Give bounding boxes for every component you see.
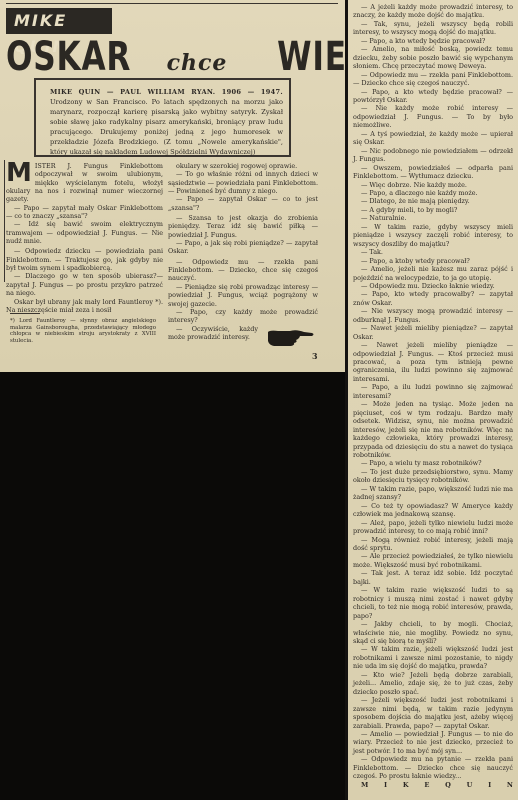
paragraph: — Nawet jeżeli mieliby pieniądze — odpow… [353,341,513,383]
paragraph: — Papo, a jak się robi pieniądze? — zapy… [168,239,318,256]
paragraph: — To jest duże przedsiębiorstwo, synu. M… [353,468,513,485]
paragraph: — Amelio, jeżeli nie każesz mu zaraz pój… [353,265,513,282]
paragraph: — Papo, a ktoby wtedy pracował? [353,257,513,265]
paragraph: — Amelio — powiedział J. Fungus — to nie… [353,730,513,755]
paragraph: — Papo — zapytał Oskar — co to jest „sza… [168,195,318,212]
paragraph: — Nic podobnego nie powiedziałem — odrze… [353,147,513,164]
signature-letter: Q [437,781,451,789]
paragraph: — Tak jest. A teraz idź sobie. Idź poczy… [353,569,513,586]
paragraph: — A jeżeli każdy może prowadzić interesy… [353,3,513,20]
bio-lead: MIKE QUIN — PAUL WILLIAM RYAN. 1906 — 19… [50,88,283,96]
paragraph: — Więc dobrze. Nie każdy może. [353,181,513,189]
paragraph: — Nawet jeżeli mieliby pieniądze? — zapy… [353,324,513,341]
author-signature: MIKEQUIN [353,781,513,789]
paragraph: — Odpowiedz mu — rzekła pani Finklebotto… [353,71,513,88]
paragraph: — W takim razie większość ludzi to są ro… [353,586,513,620]
drop-cap: M [6,162,32,184]
footnote: *) Lord Fauntleroy — słynny obraz angiel… [10,318,156,345]
column-rule [4,160,5,282]
signature-letter: N [499,781,513,789]
paragraph: — Papo, kto wtedy pracowałby? — zapytał … [353,290,513,307]
paragraph: — Ale przecież powiedziałeś, że tylko ni… [353,552,513,569]
paragraph: — Papo, a wielu ty masz robotników? [353,459,513,467]
paragraph: — Odpowiedz mu na pytanie — rzekła pani … [353,755,513,780]
paragraph: — Naturalnie. [353,214,513,222]
paragraph: — Odpowiedz dziecku — powiedziała pani F… [6,247,163,272]
paragraph: — Tak, synu, jeżeli wszyscy będą robili … [353,20,513,37]
paragraph: — Pieniądze się robi prowadząc interesy … [168,283,318,308]
article-column-1: MISTER J. Fungus Finklebottom odpoczywał… [6,162,163,314]
paragraph: Oskar był ubrany jak mały lord Fauntlero… [6,298,163,315]
paragraph: — A gdyby mieli, to by mogli? [353,206,513,214]
paragraph: — Papo, a ilu ludzi powinno się zajmować… [353,383,513,400]
paragraph: — Papo, a dlaczego nie każdy może. [353,189,513,197]
bio-text: Urodzony w San Francisco. Po latach spęd… [50,98,283,156]
signature-letter: M [353,781,368,789]
paragraph: — Amelio, na miłość boską, powiedz temu … [353,45,513,70]
paragraph: — Papo, czy każdy może prowadzić interes… [168,308,318,325]
signature-letter: E [416,781,429,789]
paragraph: — To go właśnie różni od innych dzieci w… [168,170,318,195]
headline: OSKAR chce WIEDZIEĆ [6,37,328,77]
paragraph: — Owszem, powiedziałeś — odparła pani Fi… [353,164,513,181]
paragraph: — Nie wszyscy mogą prowadzić interesy — … [353,307,513,324]
headline-word-chce: chce [167,50,228,76]
paragraph: — Nie każdy może robić interesy — odpowi… [353,104,513,129]
signature-letter: K [395,781,409,789]
page-number: 3 [312,351,318,361]
paragraph: — Dlaczego go w ten sposób ubierasz?— za… [6,272,163,297]
paragraph: — W takim razie, gdyby wszyscy mieli pie… [353,223,513,248]
paragraph: — Jeżeli większość ludzi jest robotnikam… [353,696,513,730]
paragraph: — Ależ, papo, jeżeli tylko niewielu ludz… [353,519,513,536]
paragraph: — Idź się bawić swoim elektrycznym tramw… [6,220,163,245]
paragraph: — Odpowiedz mu — rzekła pani Finklebotto… [168,258,318,283]
paragraph: — Dlatego, że nie mają pieniędzy. [353,197,513,205]
signature-letter: I [480,781,491,789]
paragraph: — W takim razie, jeżeli większość ludzi … [353,645,513,670]
paragraph: — Papo, a kto wtedy będzie pracował? — p… [353,88,513,105]
right-page: — A jeżeli każdy może prowadzić interesy… [345,0,518,800]
footnote-rule [10,313,40,314]
paragraph: — Kto wie? Jeżeli będą dobrze zarabiali,… [353,671,513,696]
pointing-hand-icon [266,328,316,348]
paragraph: — Jakby chcieli, to by mogli. Chociaż, w… [353,620,513,645]
signature-letter: U [459,781,473,789]
paragraph: — Szansa to jest okazja do zrobienia pie… [168,214,318,239]
article-column-2: okulary w szerokiej rogowej oprawie.— To… [168,162,318,341]
left-page: MIKE QUIN OSKAR chce WIEDZIEĆ MIKE QUIN … [0,0,346,372]
paragraph: — W takim razie, papo, większość ludzi n… [353,485,513,502]
author-bio-box: MIKE QUIN — PAUL WILLIAM RYAN. 1906 — 19… [34,78,291,157]
paragraph: — Papo, a kto wtedy będzie pracował? [353,37,513,45]
top-rule [6,3,338,4]
paragraph: — Może jeden na tysiąc. Może jeden na pi… [353,400,513,459]
paragraph: okulary w szerokiej rogowej oprawie. [168,162,318,170]
headline-word-oskar: OSKAR [6,37,131,77]
article-column-3: — A jeżeli każdy może prowadzić interesy… [353,3,513,789]
paragraph: — Papo — zapytał mały Oskar Finklebottom… [6,204,163,221]
paragraph: — Tak. [353,248,513,256]
paragraph: — Oczywiście, każdy może prowadzić inter… [168,325,258,342]
paragraph: MISTER J. Fungus Finklebottom odpoczywał… [6,162,163,204]
paragraph: — Odpowiedz mu. Dziecko łaknie wiedzy. [353,282,513,290]
author-banner: MIKE QUIN [6,8,112,34]
signature-letter: I [376,781,387,789]
paragraph: — A tyś powiedział, że każdy może — upie… [353,130,513,147]
paragraph: — Co też ty opowiadasz? W Ameryce każdy … [353,502,513,519]
paragraph: — Mogą również robić interesy, jeżeli ma… [353,536,513,553]
